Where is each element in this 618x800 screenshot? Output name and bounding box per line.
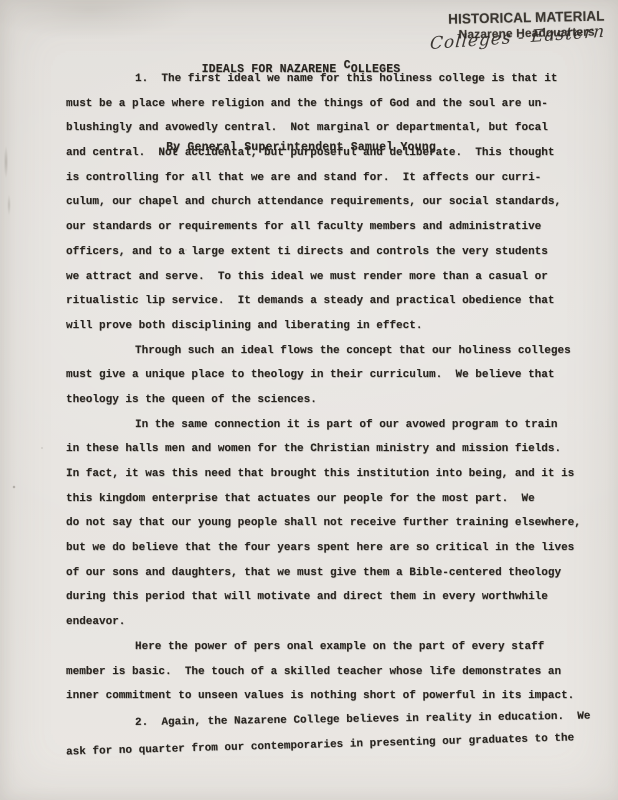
typed-line: our standards or requirements for all fa… [66,215,586,240]
typed-line: blushingly and avowedly central. Not mar… [66,116,586,141]
scanned-document-page: IDEALS FOR NAZARENE COLLEGES By General … [0,0,618,800]
typed-line: Through such an ideal flows the concept … [66,339,586,364]
typed-line: must be a place where religion and the t… [66,92,586,117]
typed-line: do not say that our young people shall n… [66,511,586,536]
typed-line: but we do believe that the four years sp… [66,536,586,561]
typed-line: will prove both disciplining and liberat… [66,314,586,339]
typed-line: we attract and serve. To this ideal we m… [66,265,586,290]
typed-line: theology is the queen of the sciences. [66,388,586,413]
typed-line: officers, and to a large extent ti direc… [66,240,586,265]
typed-line: of our sons and daughters, that we must … [66,561,586,586]
typed-line: endeavor. [66,610,586,635]
typed-line: during this period that will motivate an… [66,585,586,610]
typed-line: culum, our chapel and church attendance … [66,190,586,215]
typed-line: ritualistic lip service. It demands a st… [66,289,586,314]
typed-line: is controlling for all that we are and s… [66,166,586,191]
typed-line: and central. Not accidental, but purpose… [66,141,586,166]
typed-line: must give a unique place to theology in … [66,363,586,388]
typed-line: member is basic. The touch of a skilled … [66,660,586,685]
typed-line: 1. The first ideal we name for this holi… [66,67,586,92]
typed-line: Here the power of pers onal example on t… [66,635,586,660]
typed-line: In fact, it was this need that brought t… [66,462,586,487]
typed-line: this kingdom enterprise that actuates ou… [66,487,586,512]
typed-line: in these halls men and women for the Chr… [66,437,586,462]
document-body: 1. The first ideal we name for this holi… [66,67,586,758]
typed-line: In the same connection it is part of our… [66,413,586,438]
